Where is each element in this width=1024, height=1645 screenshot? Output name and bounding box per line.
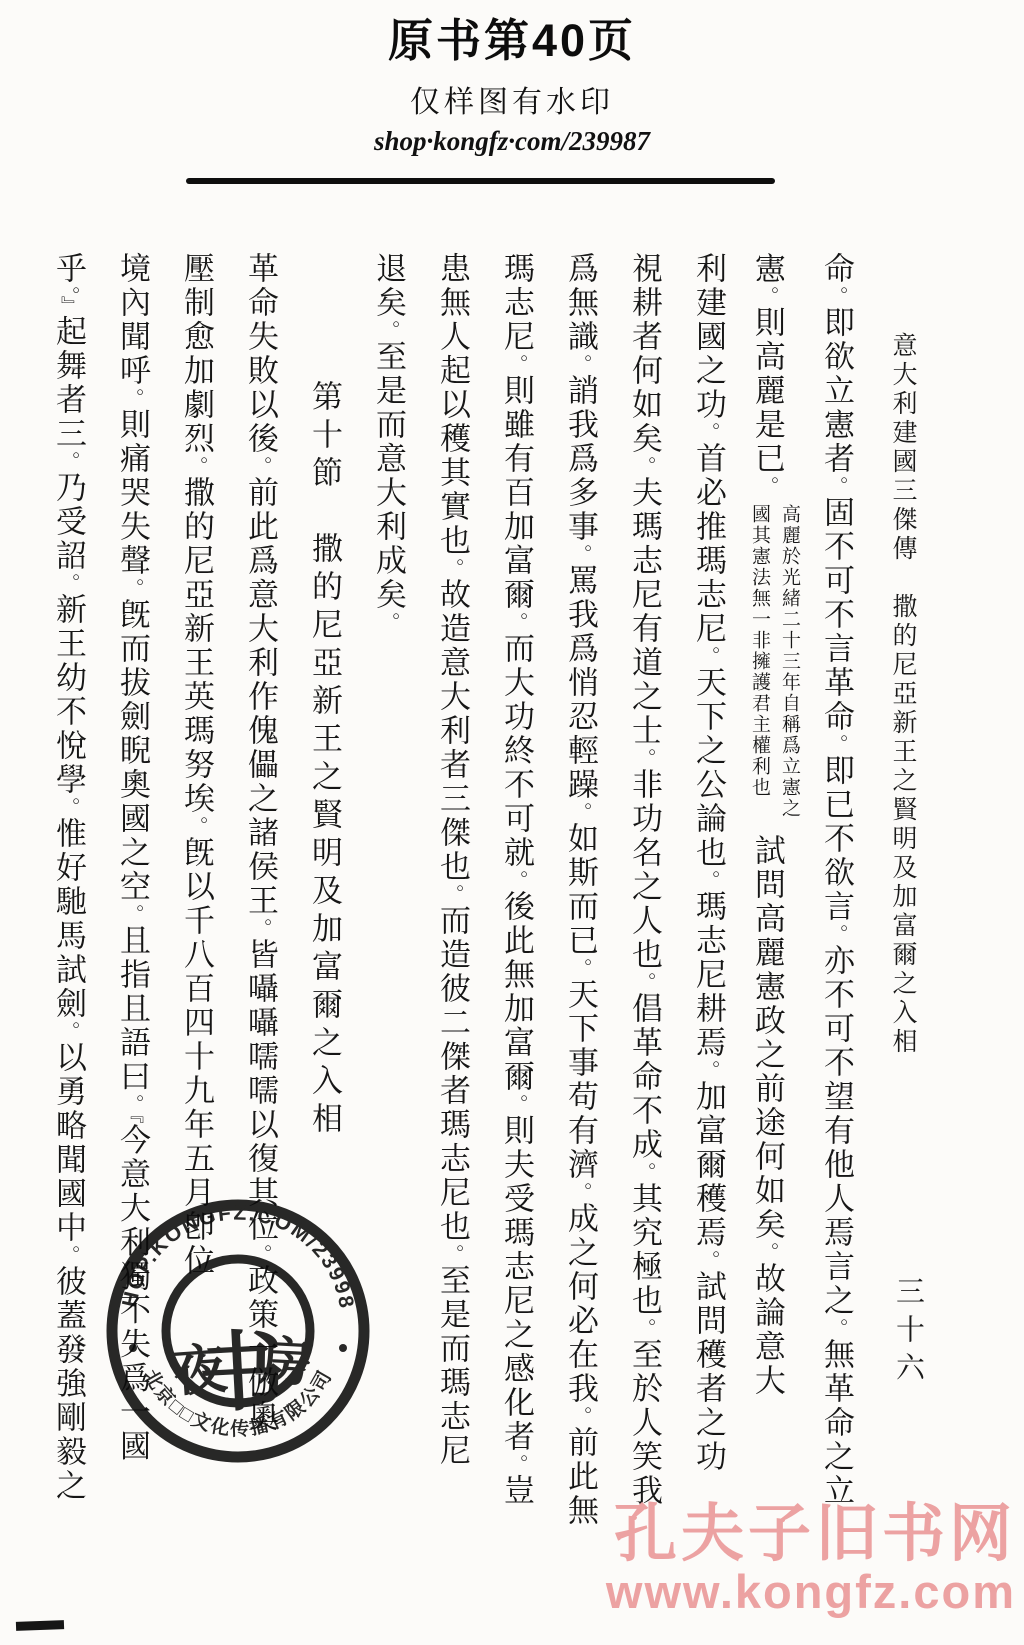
reading-circle-mark: 。 — [57, 1021, 79, 1041]
text-column: 爲無識。誚我爲多事。罵我爲悄忍輕躁。如斯而已。天下事苟有濟。成之何必在我。前此無 — [548, 252, 612, 1552]
reading-circle-mark: 。 — [57, 451, 79, 471]
reading-circle-mark: 。 — [756, 286, 778, 306]
reading-circle-mark: 。 — [441, 884, 463, 904]
reading-circle-mark: 。 — [756, 1242, 778, 1262]
reading-circle-mark: 。 — [185, 816, 207, 836]
reading-circle-mark: 。 — [57, 573, 79, 593]
text-column: 憲。則高麗是已。高麗於光緒二十三年自稱爲立憲之國其憲法無一非擁護君主權利也試問高… — [740, 252, 804, 1552]
folio-number: 三十六 — [888, 1276, 929, 1390]
page-label: 原书第40页 — [0, 4, 1024, 69]
reading-circle-mark: 。 — [505, 870, 527, 890]
reading-circle-mark: 。 — [825, 924, 847, 944]
text-column: 命。即欲立憲者。固不可不言革命。即已不欲言。亦不可不望有他人焉言之。無革命之立 — [804, 252, 868, 1552]
reading-circle-mark: 。 — [569, 802, 591, 822]
reading-circle-mark: 。 — [697, 870, 719, 890]
reading-circle-mark: 。 — [569, 1406, 591, 1426]
text-column: 視耕者何如矣。夫瑪志尼有道之士。非功名之人也。倡革命不成。其究極也。至於人笑我 — [612, 252, 676, 1552]
reading-circle-mark: 。 — [697, 1250, 719, 1270]
reading-circle-mark: 。 — [121, 1094, 143, 1114]
reading-circle-mark: 。 — [825, 476, 847, 496]
reading-circle-mark: 。 — [185, 456, 207, 476]
reading-circle-mark: 。 — [825, 1318, 847, 1338]
kongfz-site-name: 孔夫子旧书网 — [606, 1502, 1016, 1568]
reading-circle-mark: 。 — [121, 388, 143, 408]
text-column: 瑪志尼。則雖有百加富爾。而大功終不可就。後此無加富爾。則夫受瑪志尼之感化者。豈 — [484, 252, 548, 1552]
reading-circle-mark: 。 — [377, 320, 399, 340]
reading-circle-mark: 。 — [825, 286, 847, 306]
reading-circle-mark: 。 — [505, 354, 527, 374]
reading-circle-mark: 。 — [505, 1454, 527, 1474]
running-title: 意大利建國三傑傳 撒的尼亞新王之賢明及加富爾之入相 — [884, 332, 920, 1057]
reading-circle-mark: 。 — [121, 578, 143, 598]
sample-note: 仅样图有水印 — [0, 77, 1024, 121]
scanned-book-page: 原书第40页 仅样图有水印 shop·kongfz·com/239987 命。即… — [0, 0, 1024, 1645]
reading-circle-mark: 。 — [697, 1060, 719, 1080]
text-column: 利建國之功。首必推瑪志尼。天下之公論也。瑪志尼耕焉。加富爾穫焉。試問穫者之功 — [676, 252, 740, 1552]
reading-circle-mark: 。 — [505, 1094, 527, 1114]
reading-circle-mark: 。 — [569, 354, 591, 374]
reading-circle-mark: 。 — [377, 612, 399, 632]
reading-circle-mark: 。 — [441, 558, 463, 578]
horizontal-rule — [186, 178, 775, 184]
reading-circle-mark: 。 — [569, 958, 591, 978]
text-column: 乎。』起舞者三。乃受詔。新王幼不悅學。惟好馳馬試劍。以勇略聞國中。彼蓋發強剛毅之 — [36, 252, 100, 1552]
reading-circle-mark: 。 — [441, 1244, 463, 1264]
reading-circle-mark: 。 — [633, 972, 655, 992]
seal-char-fang: 房 — [257, 1331, 313, 1395]
seller-ink-stamp: SHOP.KONGFZ.COM/239987 北京□□文化传播有限公司 夜 书 … — [100, 1190, 378, 1472]
reading-circle-mark: 。 — [57, 286, 79, 296]
reading-circle-mark: 。 — [825, 734, 847, 754]
reading-circle-mark: 。 — [697, 646, 719, 666]
reading-circle-mark: 。 — [633, 1318, 655, 1338]
kongfz-watermark: 孔夫子旧书网 www.kongfz.com — [606, 1502, 1016, 1616]
sample-watermark-header: 原书第40页 仅样图有水印 shop·kongfz·com/239987 — [0, 4, 1024, 157]
quote-bracket: 『 — [122, 1114, 143, 1124]
reading-circle-mark: 。 — [57, 797, 79, 817]
quote-bracket: 』 — [58, 296, 79, 315]
stamp-separator-dot — [129, 1344, 137, 1352]
kongfz-site-url: www.kongfz.com — [606, 1568, 1016, 1617]
scan-artifact — [16, 1620, 64, 1631]
reading-circle-mark: 。 — [505, 612, 527, 632]
reading-circle-mark: 。 — [569, 544, 591, 564]
reading-circle-mark: 。 — [569, 1182, 591, 1202]
shop-url: shop·kongfz·com/239987 — [0, 126, 1024, 157]
reading-circle-mark: 。 — [249, 918, 271, 938]
reading-circle-mark: 。 — [633, 456, 655, 476]
reading-circle-mark: 。 — [121, 904, 143, 924]
reading-circle-mark: 。 — [633, 748, 655, 768]
reading-circle-mark: 。 — [57, 1245, 79, 1265]
reading-circle-mark: 。 — [249, 456, 271, 476]
stamp-separator-dot — [339, 1344, 347, 1352]
reading-circle-mark: 。 — [697, 422, 719, 442]
text-column: 患無人起以穫其實也。故造意大利者三傑也。而造彼二傑者瑪志尼也。至是而瑪志尼 — [420, 252, 484, 1552]
reading-circle-mark: 。 — [756, 476, 778, 496]
reading-circle-mark: 。 — [633, 1162, 655, 1182]
interlinear-annotation: 高麗於光緒二十三年自稱爲立憲之國其憲法無一非擁護君主權利也 — [744, 504, 804, 826]
